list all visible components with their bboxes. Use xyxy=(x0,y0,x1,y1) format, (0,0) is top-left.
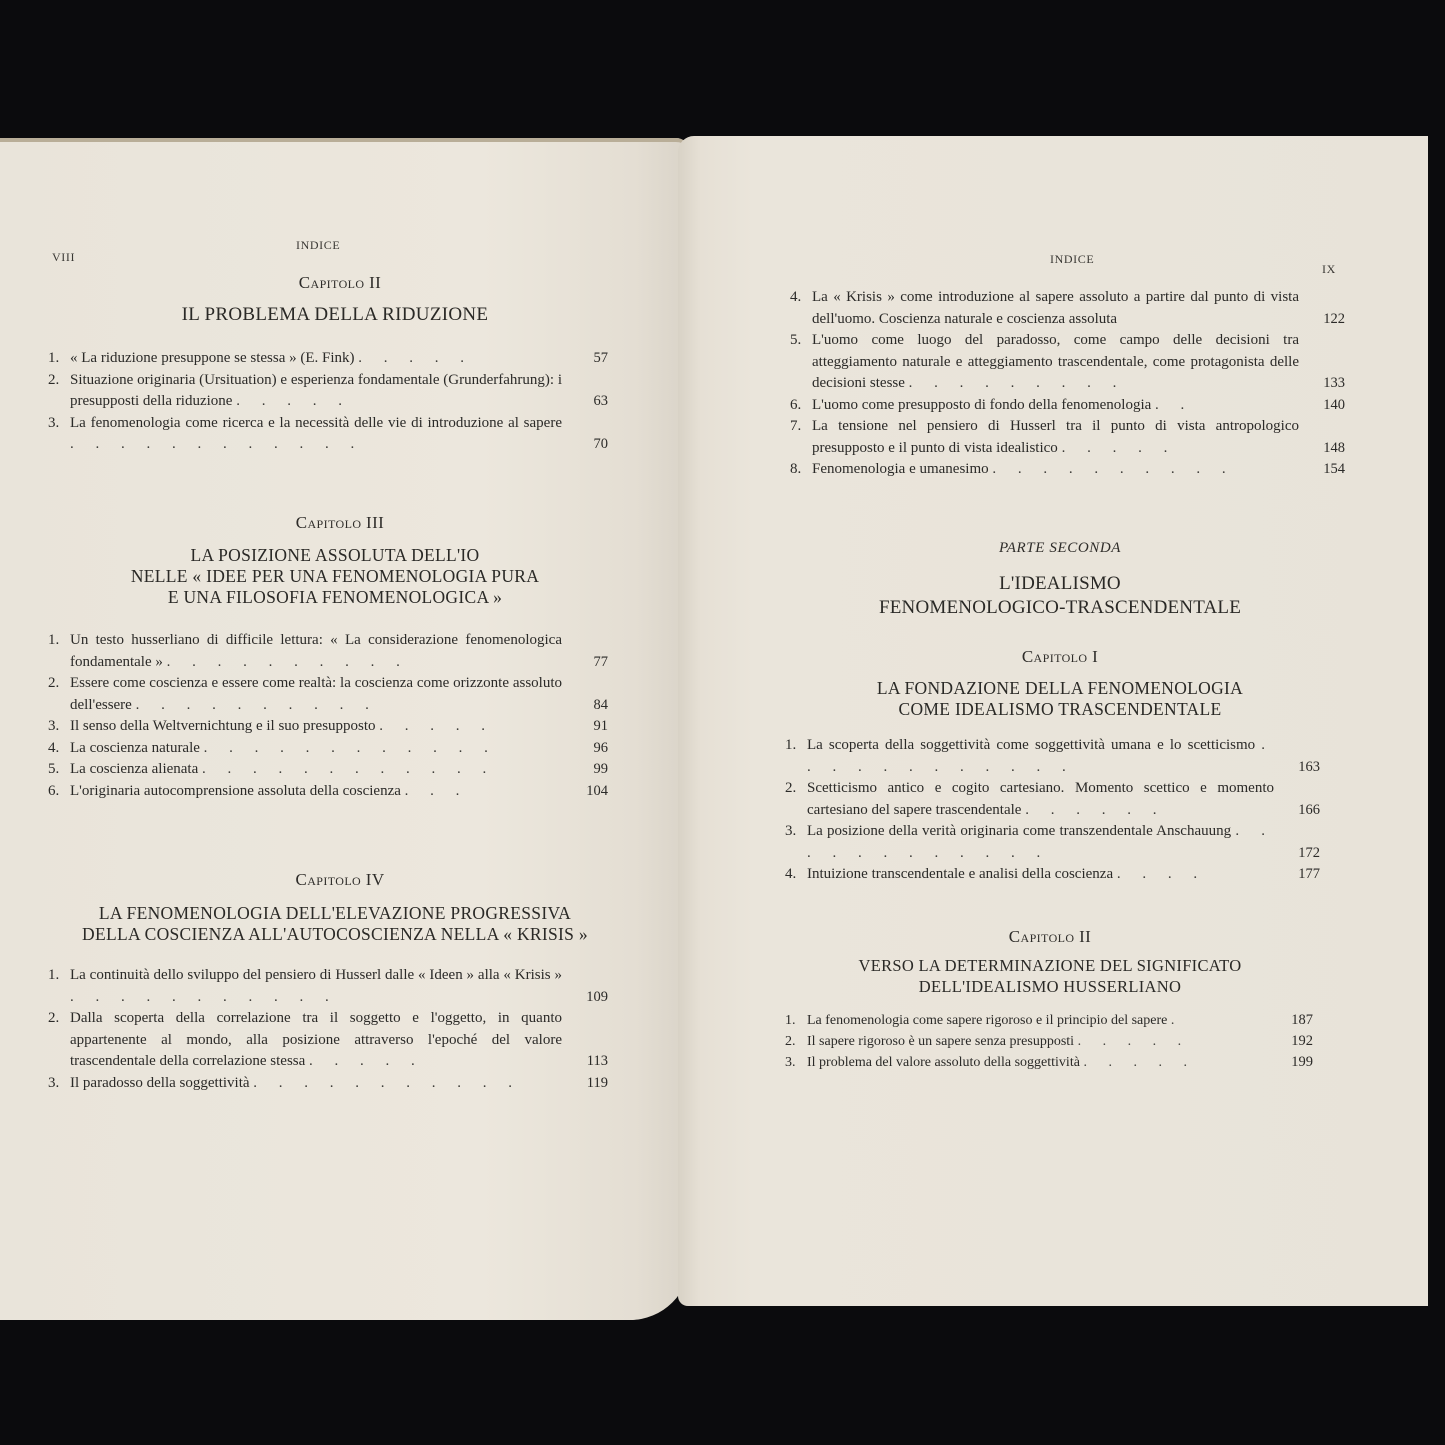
chapter-title-line: LA FENOMENOLOGIA DELL'ELEVAZIONE PROGRES… xyxy=(30,903,640,924)
toc-list: 1. La scoperta della soggettività come s… xyxy=(785,735,1320,886)
chapter-title-line: LA POSIZIONE ASSOLUTA DELL'IO xyxy=(40,545,630,566)
toc-entry[interactable]: 2. Situazione originaria (Ursituation) e… xyxy=(48,370,608,413)
toc-entry[interactable]: 3. Il senso della Weltvernichtung e il s… xyxy=(48,716,608,738)
toc-entry[interactable]: 5. L'uomo come luogo del paradosso, come… xyxy=(790,330,1345,395)
page-number: 96 xyxy=(594,738,609,760)
running-head-right: INDICE xyxy=(1050,252,1094,267)
page-number: 163 xyxy=(1298,757,1320,779)
toc-entry[interactable]: 1. La scoperta della soggettività come s… xyxy=(785,735,1320,778)
part-title-line: L'IDEALISMO xyxy=(770,572,1350,596)
part-label: PARTE SECONDA xyxy=(780,540,1340,557)
page-number: 113 xyxy=(587,1051,608,1073)
part-title: L'IDEALISMO FENOMENOLOGICO-TRASCENDENTAL… xyxy=(770,572,1350,620)
toc-entry[interactable]: 1. Un testo husserliano di difficile let… xyxy=(48,630,608,673)
page-number: 140 xyxy=(1323,395,1345,417)
page-number: 172 xyxy=(1298,843,1320,865)
toc-list: 1. La continuità dello sviluppo del pens… xyxy=(48,965,608,1094)
chapter-title-line: E UNA FILOSOFIA FENOMENOLOGICA » xyxy=(40,587,630,608)
page-number: 122 xyxy=(1323,309,1345,331)
page-number: 187 xyxy=(1291,1010,1313,1031)
page-number: 192 xyxy=(1291,1031,1313,1052)
toc-entry[interactable]: 3. Il paradosso della soggettività . . .… xyxy=(48,1073,608,1095)
page-number: 148 xyxy=(1323,438,1345,460)
chapter-label: Capitolo III xyxy=(60,513,620,533)
toc-entry[interactable]: 3. Il problema del valore assoluto della… xyxy=(785,1052,1313,1073)
chapter-title-line: LA FONDAZIONE DELLA FENOMENOLOGIA xyxy=(770,678,1350,699)
page-number: 104 xyxy=(586,781,608,803)
page-number: 154 xyxy=(1323,459,1345,481)
page-number: 99 xyxy=(594,759,609,781)
chapter-label: Capitolo II xyxy=(60,273,620,293)
chapter-label: Capitolo I xyxy=(780,647,1340,667)
toc-list: 4. La « Krisis » come introduzione al sa… xyxy=(790,287,1345,481)
toc-list: 1. La fenomenologia come sapere rigoroso… xyxy=(785,1010,1313,1073)
page-number: 77 xyxy=(594,652,609,674)
toc-entry[interactable]: 1. « La riduzione presuppone se stessa »… xyxy=(48,348,608,370)
toc-entry[interactable]: 4. La « Krisis » come introduzione al sa… xyxy=(790,287,1345,330)
page-number: 84 xyxy=(594,695,609,717)
chapter-title-line: IL PROBLEMA DELLA RIDUZIONE xyxy=(40,304,630,325)
chapter-title-line: DELLA COSCIENZA ALL'AUTOCOSCIENZA NELLA … xyxy=(30,924,640,945)
chapter-title: IL PROBLEMA DELLA RIDUZIONE xyxy=(40,304,630,325)
page-number: 57 xyxy=(594,348,609,370)
toc-list: 1. « La riduzione presuppone se stessa »… xyxy=(48,348,608,456)
page-number: 70 xyxy=(594,434,609,456)
page-number: 177 xyxy=(1298,864,1320,886)
toc-entry[interactable]: 2. Scetticismo antico e cogito cartesian… xyxy=(785,778,1320,821)
toc-entry[interactable]: 7. La tensione nel pensiero di Husserl t… xyxy=(790,416,1345,459)
toc-entry[interactable]: 1. La fenomenologia come sapere rigoroso… xyxy=(785,1010,1313,1031)
running-head-left: INDICE xyxy=(296,238,340,253)
chapter-title: LA POSIZIONE ASSOLUTA DELL'IO NELLE « ID… xyxy=(40,545,630,608)
toc-entry[interactable]: 8. Fenomenologia e umanesimo . . . . . .… xyxy=(790,459,1345,481)
chapter-title-line: NELLE « IDEE PER UNA FENOMENOLOGIA PURA xyxy=(40,566,630,587)
page-number: 133 xyxy=(1323,373,1345,395)
toc-entry[interactable]: 1. La continuità dello sviluppo del pens… xyxy=(48,965,608,1008)
toc-entry[interactable]: 2. Dalla scoperta della correlazione tra… xyxy=(48,1008,608,1073)
folio-right: IX xyxy=(1322,262,1336,277)
chapter-title: LA FONDAZIONE DELLA FENOMENOLOGIA COME I… xyxy=(770,678,1350,720)
folio-left: VIII xyxy=(52,250,75,265)
toc-entry[interactable]: 2. Il sapere rigoroso è un sapere senza … xyxy=(785,1031,1313,1052)
toc-entry[interactable]: 3. La posizione della verità originaria … xyxy=(785,821,1320,864)
toc-list: 1. Un testo husserliano di difficile let… xyxy=(48,630,608,802)
page-number: 199 xyxy=(1291,1052,1313,1073)
toc-entry[interactable]: 3. La fenomenologia come ricerca e la ne… xyxy=(48,413,608,456)
toc-entry[interactable]: 4. La coscienza naturale . . . . . . . .… xyxy=(48,738,608,760)
toc-entry[interactable]: 4. Intuizione transcendentale e analisi … xyxy=(785,864,1320,886)
page-number: 109 xyxy=(586,987,608,1009)
chapter-title-line: VERSO LA DETERMINAZIONE DEL SIGNIFICATO xyxy=(760,955,1340,976)
page-number: 166 xyxy=(1298,800,1320,822)
page-number: 91 xyxy=(594,716,609,738)
toc-entry[interactable]: 5. La coscienza alienata . . . . . . . .… xyxy=(48,759,608,781)
page-number: 119 xyxy=(587,1073,608,1095)
page-number: 63 xyxy=(594,391,609,413)
chapter-title-line: DELL'IDEALISMO HUSSERLIANO xyxy=(760,976,1340,997)
chapter-title: LA FENOMENOLOGIA DELL'ELEVAZIONE PROGRES… xyxy=(30,903,640,945)
part-title-line: FENOMENOLOGICO-TRASCENDENTALE xyxy=(770,596,1350,620)
toc-entry[interactable]: 6. L'originaria autocomprensione assolut… xyxy=(48,781,608,803)
chapter-title-line: COME IDEALISMO TRASCENDENTALE xyxy=(770,699,1350,720)
chapter-label: Capitolo IV xyxy=(60,870,620,890)
chapter-label: Capitolo II xyxy=(770,927,1330,947)
chapter-title: VERSO LA DETERMINAZIONE DEL SIGNIFICATO … xyxy=(760,955,1340,997)
toc-entry[interactable]: 2. Essere come coscienza e essere come r… xyxy=(48,673,608,716)
toc-entry[interactable]: 6. L'uomo come presupposto di fondo dell… xyxy=(790,395,1345,417)
